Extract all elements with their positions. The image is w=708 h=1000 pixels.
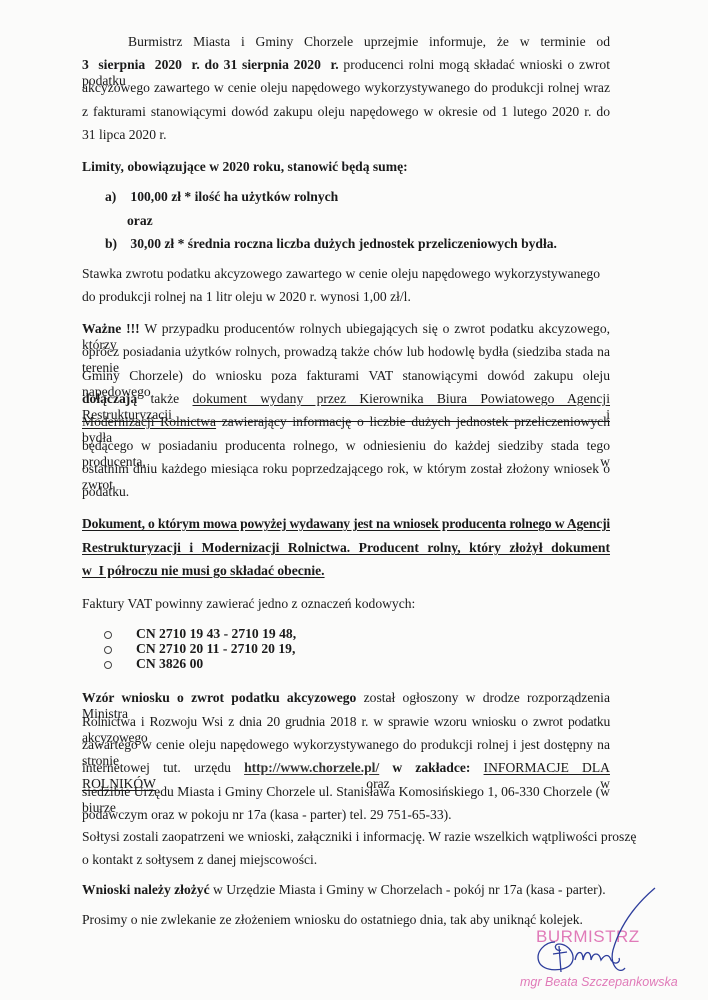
limits-heading: Limity, obowiązujące w 2020 roku, stanow… — [82, 159, 408, 175]
form-line-6: podawczym oraz w pokoju nr 17a (kasa - p… — [82, 807, 452, 823]
website-link[interactable]: http://www.chorzele.pl/ — [244, 760, 379, 775]
limit-conjunction: oraz — [127, 213, 153, 229]
date-range: 3 sierpnia 2020 r. do 31 sierpnia 2020 r… — [82, 57, 339, 72]
limit-item-a: a) 100,00 zł * ilość ha użytków rolnych — [105, 189, 338, 205]
code-item: CN 2710 19 43 - 2710 19 48, — [104, 626, 296, 642]
stamp-signatory-name: mgr Beata Szczepankowska — [520, 975, 678, 989]
closing-line: Prosimy o nie zwlekanie ze złożeniem wni… — [82, 912, 583, 928]
soltys-line-1: Sołtysi zostali zaopatrzeni we wnioski, … — [82, 829, 636, 845]
intro-line-1: Burmistrz Miasta i Gminy Chorzele uprzej… — [128, 34, 610, 50]
limit-item-b: b) 30,00 zł * średnia roczna liczba duży… — [105, 236, 557, 252]
document-note-line-3: w I półroczu nie musi go składać obecnie… — [82, 563, 325, 579]
rate-line-1: Stawka zwrotu podatku akcyzowego zawarte… — [82, 266, 600, 282]
intro-line-4: z fakturami stanowiącymi dowód zakupu ol… — [82, 104, 610, 120]
circle-bullet-icon — [104, 631, 112, 639]
signature-icon — [525, 880, 685, 990]
soltys-line-2: o kontakt z sołtysem z danej miejscowośc… — [82, 852, 317, 868]
circle-bullet-icon — [104, 661, 112, 669]
invoices-intro: Faktury VAT powinny zawierać jedno z ozn… — [82, 596, 415, 612]
intro-line-5: 31 lipca 2020 r. — [82, 127, 167, 143]
important-line-8: podatku. — [82, 484, 129, 500]
document-note-line-2: Restrukturyzacji i Modernizacji Rolnictw… — [82, 540, 610, 556]
intro-line-3: akcyzowego zawartego w cenie oleju napęd… — [82, 80, 610, 96]
important-line-7: ostatnim dniu każdego miesiąca roku popr… — [82, 461, 610, 493]
code-item: CN 3826 00 — [104, 656, 203, 672]
code-item: CN 2710 20 11 - 2710 20 19, — [104, 641, 295, 657]
rate-line-2: do produkcji rolnej na 1 litr oleju w 20… — [82, 289, 411, 305]
important-label: Ważne !!! — [82, 321, 140, 336]
circle-bullet-icon — [104, 646, 112, 654]
document-note-line-1: Dokument, o którym mowa powyżej wydawany… — [82, 516, 610, 532]
document-page: Burmistrz Miasta i Gminy Chorzele uprzej… — [0, 0, 708, 1000]
